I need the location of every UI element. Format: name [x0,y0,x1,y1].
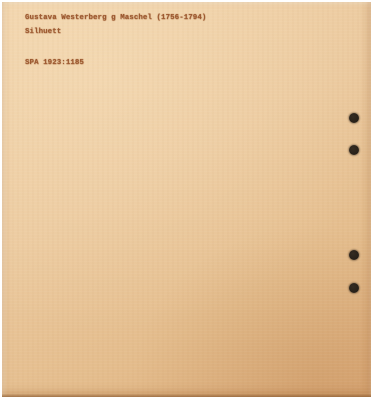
card-bottom-shadow-edge [2,394,371,397]
punch-hole-dot [349,250,359,260]
catalog-number: SPA 1923:1185 [25,56,206,70]
punch-hole-dot [349,283,359,293]
punch-hole-dot [349,113,359,123]
card-title-sitter-name: Gustava Westerberg g Maschel (1756-1794) [25,11,206,25]
archive-card: Gustava Westerberg g Maschel (1756-1794)… [2,2,371,397]
punch-hole-dot [349,145,359,155]
scanned-archive-page: Gustava Westerberg g Maschel (1756-1794)… [0,0,373,400]
card-artwork-type-label: Silhuett [25,25,206,39]
card-text-block: Gustava Westerberg g Maschel (1756-1794)… [25,11,206,70]
